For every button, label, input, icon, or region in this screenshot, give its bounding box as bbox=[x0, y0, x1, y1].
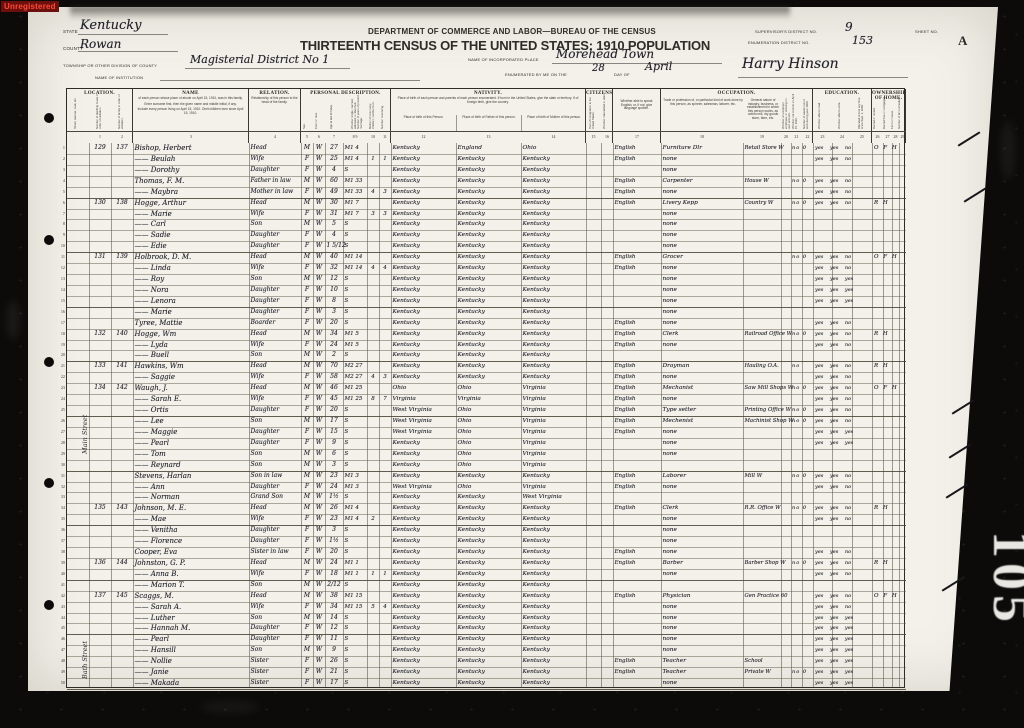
cell-fb: Kentucky bbox=[458, 263, 485, 273]
cell-nm: —— Sadie bbox=[135, 230, 171, 240]
cell-lg: English bbox=[615, 143, 636, 153]
cell-m: M1 15 bbox=[345, 602, 363, 612]
cell-mb: Kentucky bbox=[523, 350, 550, 360]
cell-rl: Daughter bbox=[251, 525, 280, 535]
cell-education: yes yes no bbox=[815, 176, 851, 186]
cell-oc: none bbox=[663, 340, 677, 350]
divider bbox=[552, 63, 722, 64]
column-label-o2: Number of weeks out of work during year … bbox=[803, 93, 812, 129]
cell-pb: Kentucky bbox=[393, 514, 420, 524]
header-desc: Relationship of this person to the head … bbox=[249, 96, 300, 105]
cell-mb: Kentucky bbox=[523, 219, 550, 229]
cell-a: 34 bbox=[327, 602, 342, 612]
cell-c: W bbox=[315, 307, 324, 317]
cell-sx: M bbox=[303, 176, 312, 186]
column-label-fam: Number of family in order of visitation. bbox=[118, 93, 127, 129]
line-number: 23 bbox=[57, 383, 65, 393]
cell-ind: Mill W bbox=[745, 471, 763, 481]
cell-fb: Ohio bbox=[458, 449, 472, 459]
line-number: 46 bbox=[57, 634, 65, 644]
cell-education: yes yes no bbox=[815, 340, 851, 350]
cell-rl: Sister bbox=[251, 667, 269, 677]
cell-sx: F bbox=[303, 569, 312, 579]
cell-nm: Stevens, Harlan bbox=[135, 471, 192, 481]
cell-education: yes yes yes bbox=[815, 623, 853, 633]
header-desc: Include every person living on April 15,… bbox=[133, 107, 248, 116]
cell-mb: Kentucky bbox=[523, 329, 550, 339]
cell-fb: Kentucky bbox=[458, 372, 485, 382]
cell-education: yes yes no bbox=[815, 187, 851, 197]
cell-oc: Physician bbox=[663, 591, 691, 601]
cell-oc: none bbox=[663, 274, 677, 284]
cell-c: W bbox=[315, 591, 324, 601]
cell-ind: Machinist Shop W bbox=[745, 416, 794, 426]
cell-education: yes yes no bbox=[815, 329, 851, 339]
cell-a: 14 bbox=[327, 613, 342, 623]
cell-sx: F bbox=[303, 514, 312, 524]
cell-education: yes yes no bbox=[815, 503, 851, 513]
cell-m: S bbox=[345, 667, 349, 677]
cell-pb: Virginia bbox=[393, 394, 416, 404]
column-label-o1: Whether out of work on April 15, 1910. bbox=[792, 93, 801, 129]
cell-lg: English bbox=[615, 340, 636, 350]
cell-c: W bbox=[315, 143, 324, 153]
cell-dwell: 134 bbox=[91, 383, 110, 393]
cell-a: 1 5/12 bbox=[327, 241, 342, 251]
cell-out-of-work: no 0 bbox=[792, 471, 807, 481]
cell-nm: —— Florence bbox=[135, 536, 183, 546]
cell-nm: Hogge, Wm bbox=[135, 329, 177, 339]
cell-home-ownership: O F H bbox=[874, 252, 897, 262]
cell-nm: Waugh, J. bbox=[135, 383, 168, 393]
cell-fb: Ohio bbox=[458, 427, 472, 437]
cell-nm: Scaggs, M. bbox=[135, 591, 174, 601]
cell-pb: West Virginia bbox=[393, 482, 432, 492]
cell-nm: —— Lee bbox=[135, 416, 164, 426]
cell-ind: Gen Practice 60 bbox=[745, 591, 788, 601]
line-number: 7 bbox=[57, 209, 65, 219]
cell-rl: Head bbox=[251, 252, 267, 262]
cell-ind: Retail Store W bbox=[745, 143, 784, 153]
cell-rl: Head bbox=[251, 383, 267, 393]
cell-m: M1 25 bbox=[345, 394, 363, 404]
cell-oc: none bbox=[663, 209, 677, 219]
scanned-census-page: Unregistered 105 State Kentucky County R… bbox=[0, 0, 1024, 728]
cell-c: W bbox=[315, 438, 324, 448]
cell-lg: English bbox=[615, 154, 636, 164]
cell-cb: 4 bbox=[369, 263, 378, 273]
cell-mb: Kentucky bbox=[523, 154, 550, 164]
cell-pb: Kentucky bbox=[393, 154, 420, 164]
cell-a: 4 bbox=[327, 165, 342, 175]
cell-a: 70 bbox=[327, 361, 342, 371]
cell-lg: English bbox=[615, 383, 636, 393]
column-label-sc: Attended school any time since Sept. 1, … bbox=[858, 93, 867, 129]
cell-education: yes yes no bbox=[815, 154, 851, 164]
cell-nm: —— Lenora bbox=[135, 296, 176, 306]
cell-a: 26 bbox=[327, 503, 342, 513]
cell-fb: Kentucky bbox=[458, 165, 485, 175]
cell-a: 26 bbox=[327, 656, 342, 666]
cell-c: W bbox=[315, 427, 324, 437]
line-number: 40 bbox=[57, 569, 65, 579]
cell-rl: Daughter bbox=[251, 482, 280, 492]
cell-sx: F bbox=[303, 209, 312, 219]
cell-education: yes yes yes bbox=[815, 634, 853, 644]
cell-rl: Head bbox=[251, 591, 267, 601]
cell-sx: F bbox=[303, 656, 312, 666]
cell-oc: none bbox=[663, 394, 677, 404]
cell-oc: none bbox=[663, 547, 677, 557]
cell-sx: M bbox=[303, 613, 312, 623]
cell-education: yes yes yes bbox=[815, 438, 853, 448]
cell-oc: none bbox=[663, 154, 677, 164]
line-number: 34 bbox=[57, 503, 65, 513]
cell-c: W bbox=[315, 187, 324, 197]
column-label-em: Whether an employer, employee, or workin… bbox=[782, 93, 791, 129]
cell-m: S bbox=[345, 241, 349, 251]
cell-rl: Son bbox=[251, 449, 263, 459]
cell-fb: Kentucky bbox=[458, 678, 485, 688]
cell-oc: Mechanist bbox=[663, 383, 694, 393]
column-number: 7 bbox=[325, 135, 343, 139]
line-number: 29 bbox=[57, 449, 65, 459]
cell-education: yes yes no bbox=[815, 602, 851, 612]
cell-c: W bbox=[315, 645, 324, 655]
cell-mb: Kentucky bbox=[523, 340, 550, 350]
cell-fb: Kentucky bbox=[458, 525, 485, 535]
cell-pb: Kentucky bbox=[393, 372, 420, 382]
cell-lg: English bbox=[615, 176, 636, 186]
cell-rl: Son in law bbox=[251, 471, 283, 481]
cell-rl: Daughter bbox=[251, 230, 280, 240]
column-number: 27 bbox=[883, 135, 892, 139]
cell-m: S bbox=[345, 525, 349, 535]
cell-ind: School bbox=[745, 656, 763, 666]
cell-ind: Railroad Office W bbox=[745, 329, 793, 339]
enumerated-month: April bbox=[645, 60, 672, 73]
line-number: 37 bbox=[57, 536, 65, 546]
cell-sx: M bbox=[303, 591, 312, 601]
cell-rl: Head bbox=[251, 503, 267, 513]
cell-oc: none bbox=[663, 263, 677, 273]
line-number: 30 bbox=[57, 460, 65, 470]
cell-oc: Clerk bbox=[663, 329, 679, 339]
column-number: 8 9 bbox=[343, 135, 367, 139]
cell-lg: English bbox=[615, 656, 636, 666]
cell-m: M2 27 bbox=[345, 372, 363, 382]
cell-mb: Kentucky bbox=[523, 285, 550, 295]
cell-nm: —— Edie bbox=[135, 241, 167, 251]
cell-a: 6 bbox=[327, 449, 342, 459]
cell-pb: Kentucky bbox=[393, 591, 420, 601]
cell-rl: Daughter bbox=[251, 438, 280, 448]
supervisor-district-value: 9 bbox=[845, 20, 853, 34]
cell-oc: Clerk bbox=[663, 503, 679, 513]
cell-lg: English bbox=[615, 558, 636, 568]
cell-dwell: 131 bbox=[91, 252, 110, 262]
cell-education: yes yes no bbox=[815, 252, 851, 262]
cell-fam: 142 bbox=[113, 383, 132, 393]
cell-m: M1 1 bbox=[345, 558, 359, 568]
cell-c: W bbox=[315, 329, 324, 339]
cell-mb: Virginia bbox=[523, 416, 546, 426]
cell-mb: Kentucky bbox=[523, 198, 550, 208]
cell-rl: Wife bbox=[251, 394, 265, 404]
cell-pb: Kentucky bbox=[393, 438, 420, 448]
cell-education: yes yes no bbox=[815, 514, 851, 524]
cell-c: W bbox=[315, 569, 324, 579]
cell-fam: 140 bbox=[113, 329, 132, 339]
cell-pb: Kentucky bbox=[393, 230, 420, 240]
cell-out-of-work: no 0 bbox=[792, 416, 807, 426]
cell-a: 49 bbox=[327, 187, 342, 197]
column-number: 4 bbox=[249, 135, 301, 139]
header-desc: General nature of industry, business, or… bbox=[743, 98, 783, 121]
cell-out-of-work: no 0 bbox=[792, 198, 807, 208]
cell-sx: F bbox=[303, 285, 312, 295]
cell-home-ownership: R H bbox=[874, 361, 888, 371]
cell-sx: F bbox=[303, 438, 312, 448]
cell-oc: none bbox=[663, 536, 677, 546]
cell-cb: 1 bbox=[369, 154, 378, 164]
cell-pb: Kentucky bbox=[393, 209, 420, 219]
cell-m: M1 4 bbox=[345, 514, 359, 524]
cell-mb: Kentucky bbox=[523, 296, 550, 306]
cell-pb: Kentucky bbox=[393, 547, 420, 557]
enumeration-district-label: Enumeration District No. bbox=[748, 40, 810, 45]
column-label-c: Color or race. bbox=[315, 93, 324, 129]
cell-a: 25 bbox=[327, 154, 342, 164]
cell-mb: Kentucky bbox=[523, 187, 550, 197]
cell-rl: Wife bbox=[251, 514, 265, 524]
cell-cl: 1 bbox=[381, 569, 390, 579]
cell-fb: Kentucky bbox=[458, 492, 485, 502]
cell-cl: 3 bbox=[381, 209, 390, 219]
cell-nm: Bishop, Herbert bbox=[135, 143, 192, 153]
cell-pb: Kentucky bbox=[393, 536, 420, 546]
cell-pb: Kentucky bbox=[393, 296, 420, 306]
cell-sx: M bbox=[303, 580, 312, 590]
cell-mb: Kentucky bbox=[523, 536, 550, 546]
cell-mb: Kentucky bbox=[523, 645, 550, 655]
cell-a: 15 bbox=[327, 427, 342, 437]
cell-rl: Son bbox=[251, 645, 263, 655]
cell-pb: Kentucky bbox=[393, 623, 420, 633]
cell-oc: none bbox=[663, 438, 677, 448]
line-number: 26 bbox=[57, 416, 65, 426]
cell-pb: Kentucky bbox=[393, 580, 420, 590]
cell-mb: Kentucky bbox=[523, 667, 550, 677]
cell-sx: M bbox=[303, 645, 312, 655]
cell-a: 46 bbox=[327, 383, 342, 393]
cell-c: W bbox=[315, 623, 324, 633]
cell-home-ownership: R H bbox=[874, 198, 888, 208]
cell-fb: Ohio bbox=[458, 460, 472, 470]
cell-sx: F bbox=[303, 318, 312, 328]
cell-c: W bbox=[315, 471, 324, 481]
cell-sx: M bbox=[303, 449, 312, 459]
cell-nm: —— Linda bbox=[135, 263, 171, 273]
column-number: 18 bbox=[661, 135, 743, 139]
cell-education: yes yes no bbox=[815, 471, 851, 481]
cell-rl: Wife bbox=[251, 154, 265, 164]
cell-mb: Kentucky bbox=[523, 613, 550, 623]
cell-m: M1 7 bbox=[345, 209, 359, 219]
cell-out-of-work: no 0 bbox=[792, 176, 807, 186]
cell-oc: Livery Kepp bbox=[663, 198, 698, 208]
cell-m: M1 14 bbox=[345, 263, 363, 273]
column-label-street: Street, avenue, road, etc. bbox=[74, 93, 83, 129]
cell-pb: Kentucky bbox=[393, 252, 420, 262]
cell-c: W bbox=[315, 219, 324, 229]
cell-pb: Kentucky bbox=[393, 645, 420, 655]
cell-fb: Kentucky bbox=[458, 176, 485, 186]
scan-artifact bbox=[6, 300, 20, 340]
cell-pb: Kentucky bbox=[393, 503, 420, 513]
cell-c: W bbox=[315, 318, 324, 328]
line-number: 11 bbox=[57, 252, 65, 262]
cell-nm: —— Norman bbox=[135, 492, 180, 502]
cell-sx: M bbox=[303, 383, 312, 393]
cell-mb: Kentucky bbox=[523, 252, 550, 262]
cell-a: 10 bbox=[327, 285, 342, 295]
cell-m: S bbox=[345, 449, 349, 459]
cell-sx: F bbox=[303, 667, 312, 677]
cell-out-of-work: no 0 bbox=[792, 143, 807, 153]
column-number: 21 bbox=[791, 135, 802, 139]
cell-rl: Wife bbox=[251, 209, 265, 219]
cell-pb: Kentucky bbox=[393, 449, 420, 459]
cell-home-ownership: R H bbox=[874, 329, 888, 339]
film-roll-number: 105 bbox=[981, 531, 1024, 627]
column-number: 3 bbox=[133, 135, 249, 139]
cell-oc: none bbox=[663, 318, 677, 328]
cell-ind: Saw Mill Shops W bbox=[745, 383, 794, 393]
census-row: 50—— MakadaSisterFW17SKentuckyKentuckyKe… bbox=[67, 678, 906, 690]
cell-m: M1 4 bbox=[345, 154, 359, 164]
cell-sx: F bbox=[303, 340, 312, 350]
cell-education: yes yes yes bbox=[815, 274, 853, 284]
cell-home-ownership: O F H bbox=[874, 591, 897, 601]
divider bbox=[738, 77, 908, 78]
cell-ind: Printing Office W bbox=[745, 405, 792, 415]
cell-sx: F bbox=[303, 263, 312, 273]
cell-fb: Kentucky bbox=[458, 361, 485, 371]
cell-fb: Virginia bbox=[458, 394, 481, 404]
cell-lg: English bbox=[615, 329, 636, 339]
cell-education: yes yes no bbox=[815, 405, 851, 415]
line-number: 21 bbox=[57, 361, 65, 371]
cell-a: 23 bbox=[327, 514, 342, 524]
column-label-sx: Sex. bbox=[303, 93, 312, 129]
cell-pb: Kentucky bbox=[393, 307, 420, 317]
cell-lg: English bbox=[615, 394, 636, 404]
cell-a: 2 bbox=[327, 350, 342, 360]
cell-lg: English bbox=[615, 318, 636, 328]
street-name: Bath Street bbox=[81, 641, 89, 679]
cell-m: S bbox=[345, 416, 349, 426]
cell-oc: none bbox=[663, 525, 677, 535]
cell-c: W bbox=[315, 383, 324, 393]
cell-rl: Daughter bbox=[251, 427, 280, 437]
cell-c: W bbox=[315, 514, 324, 524]
cell-sx: F bbox=[303, 296, 312, 306]
cell-out-of-work: no 0 bbox=[792, 252, 807, 262]
cell-oc: none bbox=[663, 678, 677, 688]
cell-a: 20 bbox=[327, 405, 342, 415]
cell-a: 27 bbox=[327, 143, 342, 153]
cell-m: S bbox=[345, 405, 349, 415]
cell-rl: Daughter bbox=[251, 536, 280, 546]
cell-c: W bbox=[315, 547, 324, 557]
line-number: 38 bbox=[57, 547, 65, 557]
cell-lg: English bbox=[615, 503, 636, 513]
cell-mb: Virginia bbox=[523, 449, 546, 459]
cell-rl: Father in law bbox=[251, 176, 291, 186]
cell-a: 3 bbox=[327, 460, 342, 470]
cell-ind: House W bbox=[745, 176, 769, 186]
cell-sx: F bbox=[303, 307, 312, 317]
cell-a: 60 bbox=[327, 176, 342, 186]
cell-education: yes yes yes bbox=[815, 427, 853, 437]
column-number: 10 bbox=[367, 135, 379, 139]
line-number: 1 bbox=[57, 143, 65, 153]
cell-mb: Kentucky bbox=[523, 634, 550, 644]
cell-mb: Kentucky bbox=[523, 230, 550, 240]
cell-mb: Kentucky bbox=[523, 591, 550, 601]
cell-pb: Kentucky bbox=[393, 329, 420, 339]
cell-fb: Kentucky bbox=[458, 569, 485, 579]
cell-mb: Kentucky bbox=[523, 241, 550, 251]
cell-m: S bbox=[345, 580, 349, 590]
cell-sx: M bbox=[303, 219, 312, 229]
cell-fb: Kentucky bbox=[458, 503, 485, 513]
cell-m: M1 5 bbox=[345, 329, 359, 339]
cell-nm: —— Nollie bbox=[135, 656, 172, 666]
hole-punch bbox=[44, 600, 54, 610]
cell-pb: Kentucky bbox=[393, 569, 420, 579]
cell-nm: —— Mae bbox=[135, 514, 167, 524]
cell-nm: —— Hansill bbox=[135, 645, 176, 655]
cell-fb: Ohio bbox=[458, 383, 472, 393]
cell-a: 31 bbox=[327, 209, 342, 219]
cell-sx: F bbox=[303, 678, 312, 688]
cell-nm: —— Dorothy bbox=[135, 165, 180, 175]
cell-mb: Virginia bbox=[523, 482, 546, 492]
cell-nm: —— Beulah bbox=[135, 154, 176, 164]
cell-oc: none bbox=[663, 613, 677, 623]
cell-pb: Kentucky bbox=[393, 361, 420, 371]
cell-cl: 1 bbox=[381, 154, 390, 164]
cell-nm: —— Sarah E. bbox=[135, 394, 182, 404]
cell-a: 20 bbox=[327, 547, 342, 557]
cell-nm: Cooper, Eva bbox=[135, 547, 178, 557]
cell-nm: —— Buell bbox=[135, 350, 170, 360]
cell-c: W bbox=[315, 525, 324, 535]
cell-pb: Kentucky bbox=[393, 634, 420, 644]
cell-home-ownership: O F H bbox=[874, 143, 897, 153]
cell-education: yes yes yes bbox=[815, 678, 853, 688]
column-number: 6 bbox=[313, 135, 325, 139]
cell-mb: Kentucky bbox=[523, 547, 550, 557]
cell-fam: 141 bbox=[113, 361, 132, 371]
cell-nm: —— Reynard bbox=[135, 460, 181, 470]
line-number: 24 bbox=[57, 394, 65, 404]
cell-m: S bbox=[345, 318, 349, 328]
cell-home-ownership: R H bbox=[874, 558, 888, 568]
cell-fb: Kentucky bbox=[458, 241, 485, 251]
